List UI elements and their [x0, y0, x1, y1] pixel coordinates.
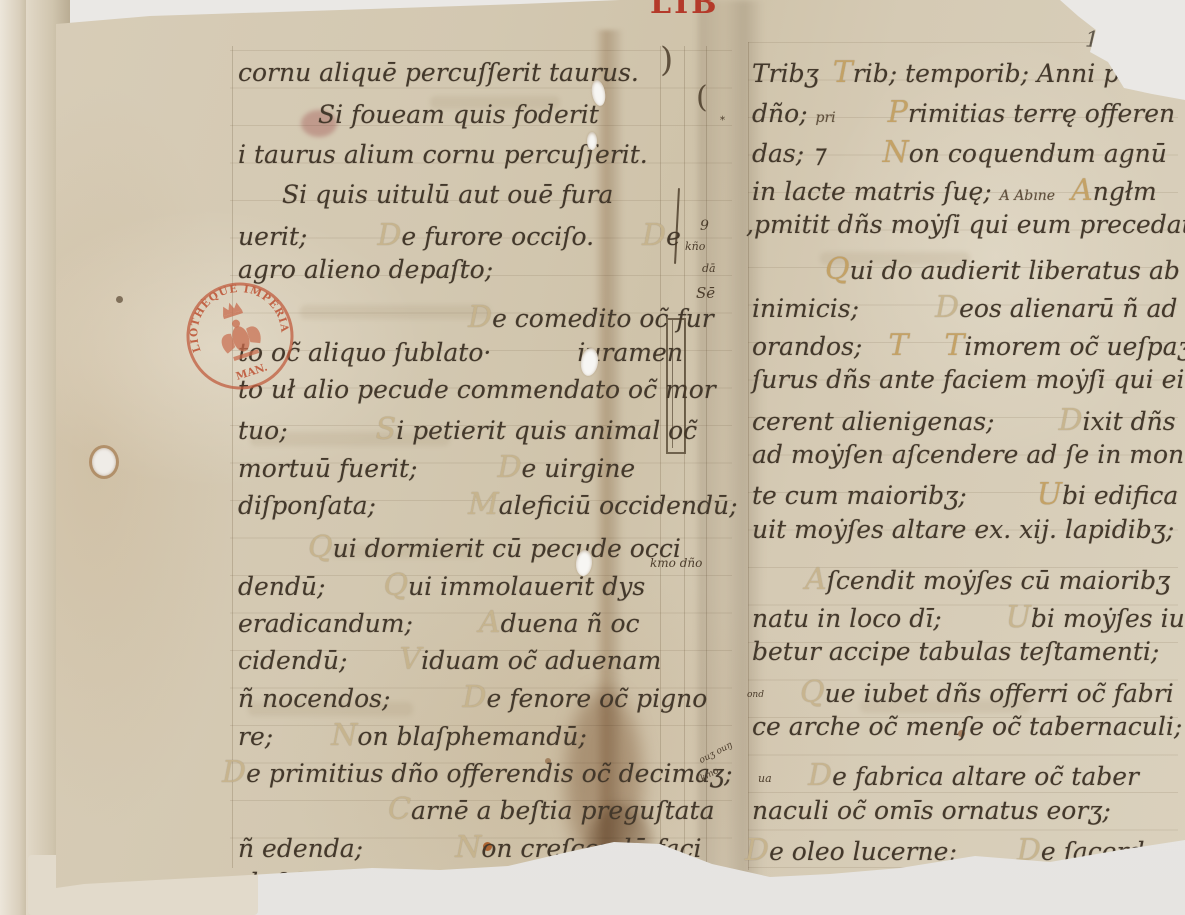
folio-number: 18: [1085, 28, 1114, 54]
manuscript-line: Qui do audierit liberatus ab: [825, 252, 1180, 287]
manuscript-line: De oleo lucerne;De ſacerdo: [745, 833, 1160, 868]
manuscript-line: ce arche oc̃ menſe oc̃ tabernaculi;: [752, 712, 1182, 741]
running-title-fragment: LIB: [650, 0, 719, 21]
manuscript-line: ad moẏſen aſcendere ad ſe in mon: [752, 440, 1184, 469]
manuscript-line: uor · ſba aʒ: [800, 872, 944, 901]
pen-trial-mark: (: [696, 80, 708, 115]
gloss-note: ⁎: [720, 112, 725, 123]
manuscript-line: Carnē a beſtia preguſtata: [388, 792, 714, 827]
manuscript-line: ſurus dñs ante faciem moẏſi qui ei: [752, 365, 1184, 394]
manuscript-line: uit moẏſes altare ex. xij. lapidibʒ;: [752, 515, 1174, 544]
manuscript-line: De fabrica altare oc̃ taber: [808, 758, 1139, 793]
gloss-note: 9: [700, 218, 709, 234]
manuscript-line: diſponſata;Maleficiū occidendū;: [238, 487, 738, 522]
manuscript-line: cidendū;Viduam oc̃ aduenam: [238, 642, 661, 677]
manuscript-line: das; ⁊Non coquendum agnū: [752, 135, 1167, 170]
pen-trial-box: [666, 318, 686, 454]
manuscript-line: Si quis uitulū aut ouē fura: [282, 180, 613, 209]
manuscript-line: dño; priPrimitias terrę offeren: [752, 95, 1175, 130]
manuscript-line: i taurus alium cornu percuſſerit.: [238, 140, 648, 169]
manuscript-line: ñ nocendos;De fenore oc̃ pigno: [238, 680, 707, 715]
parchment-spread: cornu aliquē percuſſerit taurus.Si fouea…: [0, 0, 1185, 915]
manuscript-line: naculi oc̃ omīs ornatus eorʒ;: [752, 796, 1111, 825]
manuscript-line: natu in loco dī;Ubi moẏſes iu: [752, 600, 1185, 635]
manuscript-line: eradicandum;Aduena ñ oc: [238, 605, 640, 640]
gloss-note: kmo dño: [650, 556, 702, 570]
stamp-bottom-text: MAN.: [235, 361, 269, 382]
manuscript-line: to uł alio pecude commendato oc̃ mor: [238, 375, 716, 404]
manuscript-line: mortuū fuerit;De uirgine: [238, 450, 635, 485]
manuscript-photo: cornu aliquē percuſſerit taurus.Si fouea…: [0, 0, 1185, 915]
manuscript-line: Si foueam quis foderit: [318, 100, 599, 129]
manuscript-line: tuo;Si petierit quis animal oc̃: [238, 412, 697, 447]
manuscript-line: Aſcendit moẏſes cū maioribʒ: [805, 562, 1170, 597]
pen-trial-box-line: [672, 320, 673, 448]
gloss-note: ua: [758, 772, 772, 785]
manuscript-line: cornu aliquē percuſſerit taurus.: [238, 58, 639, 87]
manuscript-line: ñ edenda;Non creſcendū faci: [238, 830, 702, 865]
stamp-eagle-icon: [210, 297, 265, 363]
manuscript-line: TribʒTrib; temporib; Anni parere: [752, 55, 1185, 90]
manuscript-line: betur accipe tabulas teſtamenti;: [752, 637, 1159, 666]
manuscript-line: in lacte matris ſuę; A AbıneAngłm: [752, 173, 1157, 208]
parchment-tear: [587, 132, 597, 150]
manuscript-line: Qui dormierit cū pecude occi: [308, 530, 681, 565]
manuscript-line: hıſ ſc̄demit: [250, 868, 447, 897]
manuscript-line: Que iubet dñs offerri oc̃ fabri: [800, 675, 1174, 710]
manuscript-line: De primitius dño offerendis oc̃ decimaʒ;: [222, 755, 733, 790]
manuscript-line: inimicis;Deos alienarū ñ ad: [752, 290, 1177, 325]
gloss-note: ond: [747, 690, 764, 700]
manuscript-line: cerent alienigenas;Dixit dñs: [752, 403, 1176, 438]
pen-trial-mark: ): [660, 40, 673, 80]
manuscript-line: te cum maioribʒ;Ubi edifica: [752, 477, 1178, 512]
gloss-note: dā: [702, 262, 716, 275]
manuscript-line: re;Non blaſphemandū;: [238, 718, 587, 753]
manuscript-line: uerit;De furore occiſo.De: [238, 218, 681, 253]
wormhole: [92, 448, 116, 476]
manuscript-line: ,pmitit dñs moẏſi qui eum precedat;: [746, 210, 1185, 239]
manuscript-line: orandos;TTimorem oc̃ ueſpaʒ mi: [752, 328, 1185, 363]
gloss-note: kño: [685, 240, 705, 253]
gloss-note: Sē: [696, 284, 715, 302]
